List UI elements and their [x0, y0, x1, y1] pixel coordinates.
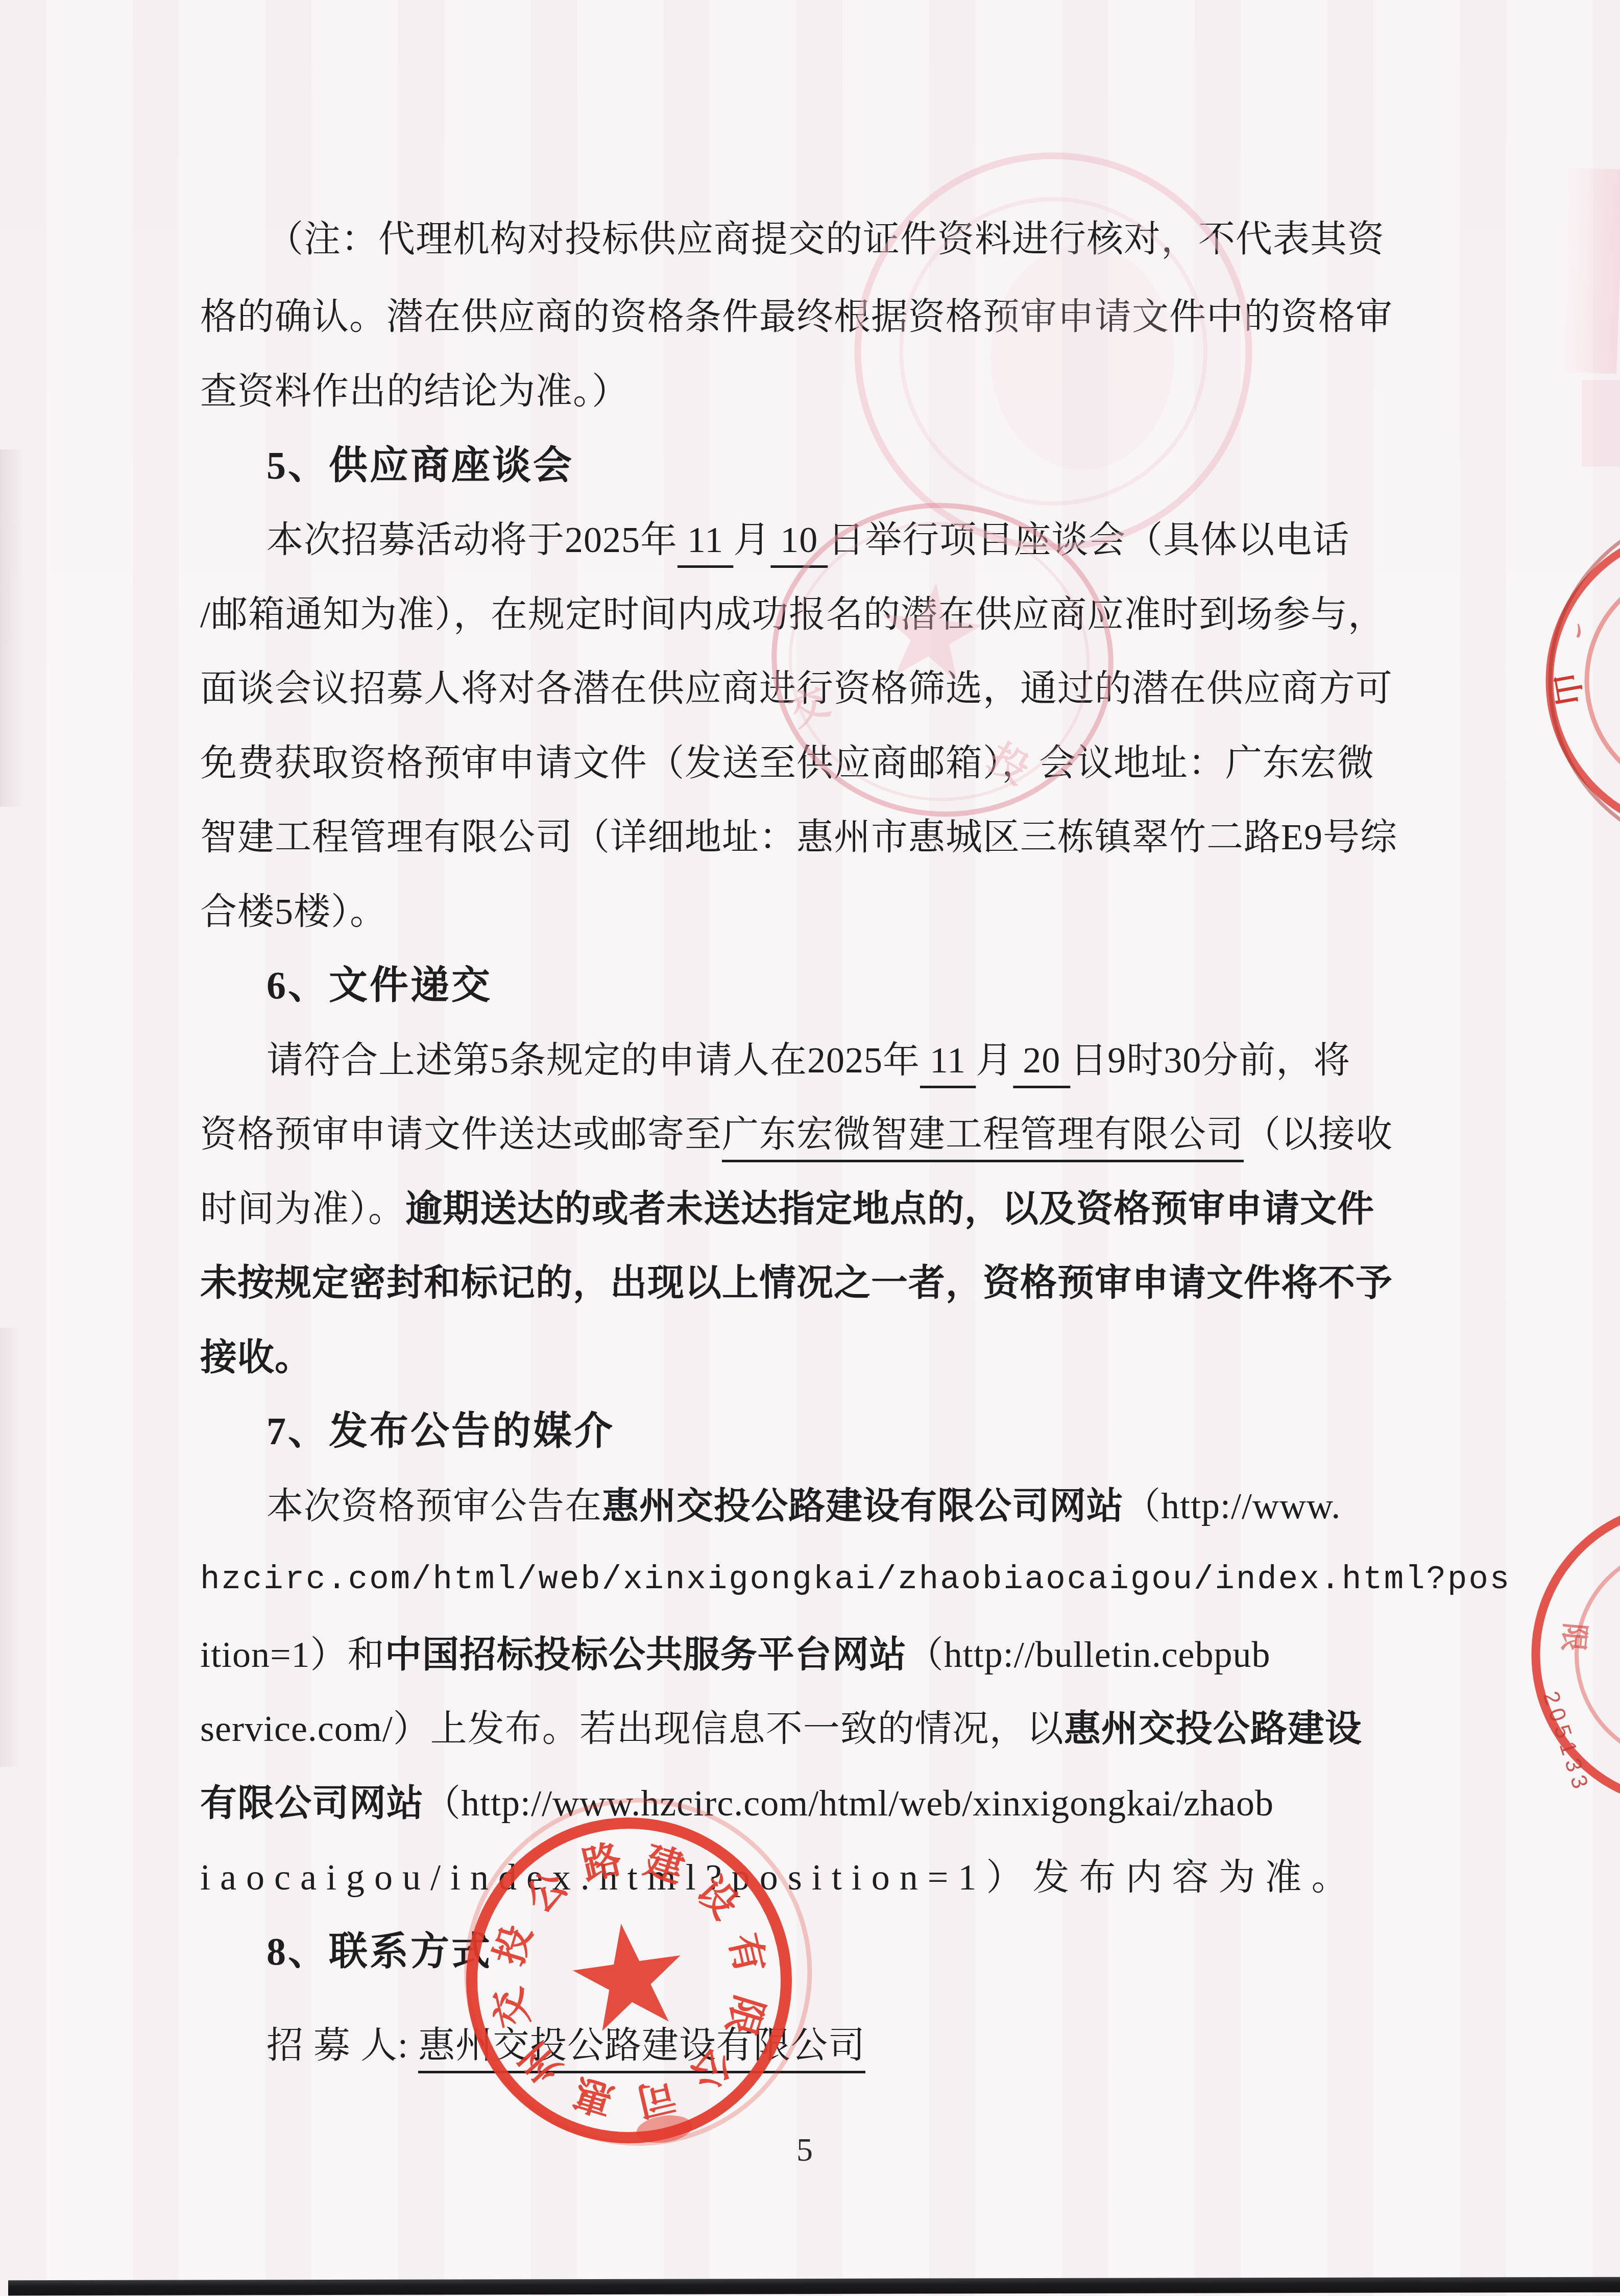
document-page: （注：代理机构对投标供应商提交的证件资料进行核对，不代表其资 格的确认。潜在供应… — [0, 0, 1620, 2296]
emphasis-run: 逾期送达的或者未送达指定地点的，以及资格预审申请文件 — [405, 1188, 1374, 1229]
para7-line-4: service.com/）上发布。若出现信息不一致的情况，以惠州交投公路建设 — [200, 1710, 1362, 1747]
text-run: 本次资格预审公告在 — [267, 1486, 602, 1526]
scan-edge-bar — [8, 2277, 1620, 2296]
text-run: 智建工程管理有限公司（详细地址：惠州市惠城区三栋镇翠竹二路E9号综 — [200, 817, 1397, 857]
text-run: 月 — [733, 519, 770, 560]
section7-heading: 7、发布公告的媒介 — [267, 1412, 615, 1451]
para6-line-4: 未按规定密封和标记的，出现以上情况之一者，资格预审申请文件将不予 — [200, 1264, 1393, 1301]
para5-line-2: /邮箱通知为准），在规定时间内成功报名的潜在供应商应准时到场参与， — [200, 596, 1385, 633]
scan-streak-right-top — [1582, 380, 1620, 467]
heading-text: 8、联系方式 — [267, 1930, 492, 1973]
para5-line-4: 免费获取资格预审申请文件（发送至供应商邮箱），会议地址：广东宏微 — [200, 745, 1374, 781]
text-run: 面谈会议招募人将对各潜在供应商进行资格筛选，通过的潜在供应商方可 — [200, 668, 1393, 709]
scan-streak-right-top — [1560, 168, 1620, 374]
partial-stamp-tick: 丶 — [1558, 613, 1596, 652]
page-number: 5 — [796, 2131, 813, 2169]
text-run: （以接收 — [1244, 1114, 1393, 1155]
date-month-blank: 11 — [920, 1040, 976, 1081]
para7-line-2-url: hzcirc.com/html/web/xinxigongkai/zhaobia… — [200, 1564, 1511, 1596]
para5-line-6: 合楼5楼）。 — [200, 893, 387, 930]
text-run: 日9时30分前，将 — [1070, 1040, 1350, 1081]
text-run: 时间为准）。 — [200, 1188, 405, 1229]
url-run: ition=1）和 — [200, 1634, 385, 1675]
partial-stamp-right-upper: 山 丶 — [1546, 508, 1620, 853]
para7-line-5: 有限公司网站（http://www.hzcirc.com/html/web/xi… — [200, 1785, 1274, 1822]
section6-heading: 6、文件递交 — [267, 966, 492, 1005]
url-run: hzcirc.com/html/web/xinxigongkai/zhaobia… — [200, 1562, 1511, 1598]
url-run: （http://www.hzcirc.com/html/web/xinxigon… — [424, 1783, 1274, 1824]
url-run: iaocaigou/index.html?position=1）发布内容为准。 — [200, 1857, 1358, 1898]
stamp-ring-char: 交 — [487, 1984, 537, 2031]
stamp-ring-char: 惠 — [568, 2069, 619, 2122]
section5-heading: 5、供应商座谈会 — [267, 446, 574, 485]
text-run: 本次招募活动将于2025年 — [267, 519, 678, 560]
url-run: （http://bulletin.cebpub — [907, 1634, 1271, 1675]
stamp-serial-number: 205133 — [1538, 1688, 1594, 1797]
section8-heading: 8、联系方式 — [267, 1932, 492, 1971]
heading-text: 6、文件递交 — [267, 964, 492, 1007]
stamp-ring-char: 有 — [721, 1929, 771, 1977]
text-run: 查资料作出的结论为准。） — [200, 371, 629, 412]
partial-stamp-glyph: 限 — [1557, 1621, 1591, 1653]
para6-line-1: 请符合上述第5条规定的申请人在2025年 11 月 20 日9时30分前，将 — [267, 1042, 1350, 1079]
text-run: 日举行项目座谈会（具体以电话 — [828, 519, 1349, 560]
bleed-through-stamp — [858, 156, 1249, 547]
para7-line-3: ition=1）和中国招标投标公共服务平台网站（http://bulletin.… — [200, 1636, 1271, 1673]
para7-line-6: iaocaigou/index.html?position=1）发布内容为准。 — [200, 1859, 1358, 1896]
heading-text: 7、发布公告的媒介 — [267, 1410, 615, 1453]
scan-smudge-left — [0, 449, 23, 807]
para6-line-5: 接收。 — [200, 1339, 312, 1376]
recruiter-company-name: 惠州交投公路建设有限公司 — [418, 2025, 865, 2066]
para6-line-3: 时间为准）。逾期送达的或者未送达指定地点的，以及资格预审申请文件 — [200, 1190, 1374, 1227]
website-name: 惠州交投公路建设有限公司网站 — [602, 1486, 1124, 1526]
star-icon — [567, 1916, 689, 2034]
stamp-ring-char: 司 — [633, 2072, 680, 2123]
company-name-run: 惠州交投公路建设 — [1064, 1708, 1362, 1749]
partial-stamp-glyph: 山 — [1546, 671, 1586, 708]
text-run: 免费获取资格预审申请文件（发送至供应商邮箱），会议地址：广东宏微 — [200, 743, 1374, 783]
company-name-run: 有限公司网站 — [200, 1783, 424, 1824]
date-day-blank: 10 — [770, 519, 828, 560]
text-run: 格的确认。潜在供应商的资格条件最终根据资格预审申请文件中的资格审 — [200, 296, 1393, 337]
text-run: 请符合上述第5条规定的申请人在2025年 — [267, 1040, 920, 1081]
partial-stamp-right-lower: 205133 限 — [1536, 1505, 1620, 1804]
text-run: /邮箱通知为准），在规定时间内成功报名的潜在供应商应准时到场参与， — [200, 594, 1385, 635]
para7-line-1: 本次资格预审公告在惠州交投公路建设有限公司网站（http://www. — [267, 1488, 1341, 1524]
url-run: （http://www. — [1124, 1486, 1341, 1526]
text-run: 合楼5楼）。 — [200, 891, 387, 932]
main-company-stamp: 惠州交投公路建设有限公司 — [444, 1778, 832, 2167]
para5-line-1: 本次招募活动将于2025年 11 月 10 日举行项目座谈会（具体以电话 — [267, 521, 1349, 558]
platform-name: 中国招标投标公共服务平台网站 — [385, 1634, 907, 1675]
para6-line-2: 资格预审申请文件送达或邮寄至广东宏微智建工程管理有限公司（以接收 — [200, 1116, 1393, 1153]
text-run: （注：代理机构对投标供应商提交的证件资料进行核对，不代表其资 — [267, 219, 1385, 259]
text-run: 月 — [976, 1040, 1013, 1081]
para5-line-3: 面谈会议招募人将对各潜在供应商进行资格筛选，通过的潜在供应商方可 — [200, 670, 1393, 707]
text-run: service.com/）上发布。若出现信息不一致的情况，以 — [200, 1708, 1064, 1749]
text-run: 资格预审申请文件送达或邮寄至 — [200, 1114, 722, 1155]
heading-text: 5、供应商座谈会 — [267, 444, 574, 487]
emphasis-run: 接收。 — [200, 1337, 312, 1378]
agency-company-name: 广东宏微智建工程管理有限公司 — [722, 1114, 1244, 1155]
note-line-1: （注：代理机构对投标供应商提交的证件资料进行核对，不代表其资 — [267, 221, 1385, 257]
date-day-blank: 20 — [1013, 1040, 1070, 1081]
para5-line-5: 智建工程管理有限公司（详细地址：惠州市惠城区三栋镇翠竹二路E9号综 — [200, 819, 1397, 855]
note-line-3: 查资料作出的结论为准。） — [200, 373, 629, 410]
recruiter-line: 招 募 人: 惠州交投公路建设有限公司 — [267, 2027, 865, 2064]
recruiter-label: 招 募 人: — [267, 2025, 418, 2066]
note-line-2: 格的确认。潜在供应商的资格条件最终根据资格预审申请文件中的资格审 — [200, 298, 1393, 335]
emphasis-run: 未按规定密封和标记的，出现以上情况之一者，资格预审申请文件将不予 — [200, 1262, 1393, 1303]
scan-smudge-left — [0, 1328, 21, 1767]
date-month-blank: 11 — [678, 519, 733, 560]
stamp-ring-char: 投 — [488, 1920, 540, 1970]
